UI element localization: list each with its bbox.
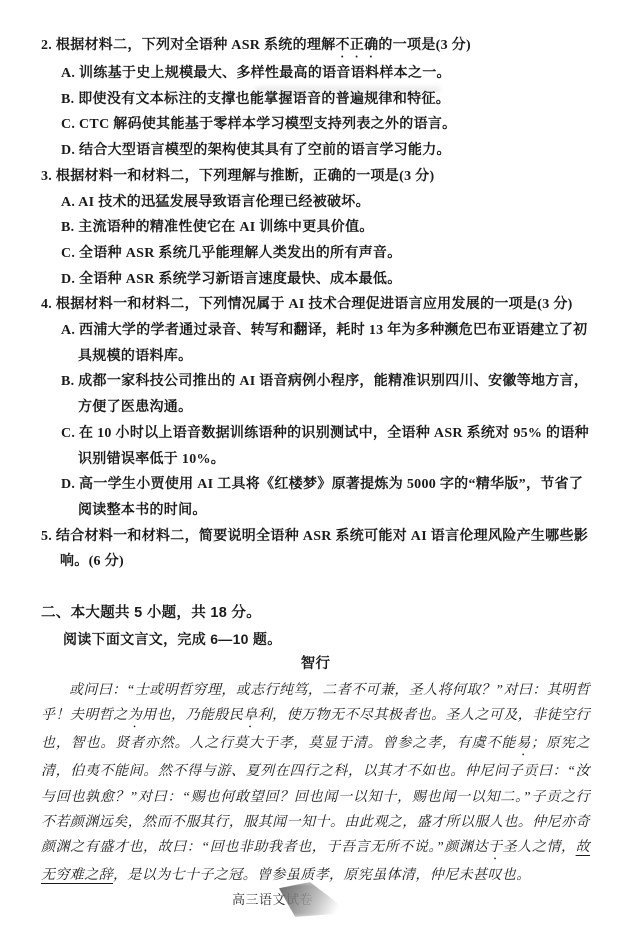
text-run: 结合材料一和材料二，简要说明全语种 ASR 系统可能对 AI 语言伦理风险产生哪… xyxy=(56,529,588,570)
option-C: C. 全语种 ASR 系统几乎能理解人类发出的所有声音。 xyxy=(61,241,590,267)
option-B: B. 主流语种的精准性使它在 AI 训练中更具价值。 xyxy=(61,215,590,241)
option-label: D. xyxy=(61,477,79,492)
emphasized-text: 于 xyxy=(488,840,503,855)
questions-section: 2. 根据材料二，下列对全语种 ASR 系统的理解不正确的一项是(3 分)A. … xyxy=(41,33,590,575)
option-text: 训练基于史上规模最大、多样性最高的语音语料样本之一。 xyxy=(79,66,451,81)
question-stem: 2. 根据材料二，下列对全语种 ASR 系统的理解不正确的一项是(3 分) xyxy=(41,33,590,61)
question-number: 4. xyxy=(41,297,56,312)
question-stem: 4. 根据材料一和材料二，下列情况属于 AI 技术合理促进语言应用发展的一项是(… xyxy=(41,292,590,318)
section-two: 二、本大题共 5 小题，共 18 分。 阅读下面文言文，完成 6—10 题。 智… xyxy=(41,601,590,888)
exam-paper-page: 2. 根据材料二，下列对全语种 ASR 系统的理解不正确的一项是(3 分)A. … xyxy=(0,0,620,935)
text-run: 根据材料二，下列对全语种 ASR 系统的理解 xyxy=(56,38,336,53)
question-5: 5. 结合材料一和材料二，简要说明全语种 ASR 系统可能对 AI 语言伦理风险… xyxy=(41,524,590,575)
section-two-heading: 二、本大题共 5 小题，共 18 分。 xyxy=(41,601,590,627)
option-label: A. xyxy=(61,323,79,338)
text-run: ；原宪之清，伯夷不能间。然不得与游、夏列在四行之科，以其才不如也。仲尼问子贡曰：… xyxy=(41,736,590,855)
question-stem: 5. 结合材料一和材料二，简要说明全语种 ASR 系统可能对 AI 语言伦理风险… xyxy=(41,524,590,575)
option-label: B. xyxy=(61,220,78,235)
option-text: 全语种 ASR 系统几乎能理解人类发出的所有声音。 xyxy=(79,246,402,261)
option-D: D. 结合大型语言模型的架构使其具有了空前的语言学习能力。 xyxy=(61,138,590,164)
text-run: 根据材料一和材料二，下列情况属于 AI 技术合理促进语言应用发展的一项是(3 分… xyxy=(56,297,573,312)
option-D: D. 全语种 ASR 系统学习新语言速度最快、成本最低。 xyxy=(61,267,590,293)
page-content: 2. 根据材料二，下列对全语种 ASR 系统的理解不正确的一项是(3 分)A. … xyxy=(41,33,590,888)
emphasized-text: 不正确 xyxy=(336,38,379,53)
option-C: C. CTC 解码使其能基于零样本学习模型支持列表之外的语言。 xyxy=(61,112,590,138)
question-number: 3. xyxy=(41,169,56,184)
reading-instruction: 阅读下面文言文，完成 6—10 题。 xyxy=(63,627,590,653)
question-2: 2. 根据材料二，下列对全语种 ASR 系统的理解不正确的一项是(3 分)A. … xyxy=(41,33,590,164)
text-run: 圣人之情， xyxy=(503,840,576,855)
option-label: C. xyxy=(61,246,79,261)
option-text: 高一学生小贾使用 AI 工具将《红楼梦》原著提炼为 5000 字的“精华版”，节… xyxy=(78,477,583,518)
option-text: 结合大型语言模型的架构使其具有了空前的语言学习能力。 xyxy=(79,143,451,158)
option-label: B. xyxy=(61,92,78,107)
option-label: D. xyxy=(61,272,79,287)
option-label: B. xyxy=(61,374,78,389)
option-label: C. xyxy=(61,117,79,132)
option-A: A. AI 技术的迅猛发展导致语言伦理已经被破坏。 xyxy=(61,190,590,216)
option-D: D. 高一学生小贾使用 AI 工具将《红楼梦》原著提炼为 5000 字的“精华版… xyxy=(61,472,590,523)
emphasized-text: 易 xyxy=(516,736,531,751)
option-A: A. 西浦大学的学者通过录音、转写和翻译，耗时 13 年为多种濒危巴布亚语建立了… xyxy=(61,318,590,369)
option-label: A. xyxy=(61,66,79,81)
text-run: ，是以为七十子之冠。曾参虽质孝，原宪虽体清，仲尼未甚叹也。 xyxy=(113,868,531,883)
option-text: 主流语种的精准性使它在 AI 训练中更具价值。 xyxy=(78,220,373,235)
option-text: 成都一家科技公司推出的 AI 语音病例小程序，能精准识别四川、安徽等地方言，方便… xyxy=(78,374,588,415)
text-run: 根据材料一和材料二，下列理解与推断，正确的一项是(3 分) xyxy=(56,169,435,184)
passage-title: 智行 xyxy=(41,652,590,678)
option-text: 西浦大学的学者通过录音、转写和翻译，耗时 13 年为多种濒危巴布亚语建立了初具规… xyxy=(78,323,587,364)
option-label: D. xyxy=(61,143,79,158)
option-text: 在 10 小时以上语音数据训练语种的识别测试中，全语种 ASR 系统对 95% … xyxy=(78,426,589,467)
emphasized-text: 阜 xyxy=(243,708,257,723)
option-B: B. 即使没有文本标注的支撑也能掌握语音的普遍规律和特征。 xyxy=(61,87,590,113)
option-text: AI 技术的迅猛发展导致语言伦理已经被破坏。 xyxy=(78,195,370,210)
option-label: A. xyxy=(61,195,78,210)
option-C: C. 在 10 小时以上语音数据训练语种的识别测试中，全语种 ASR 系统对 9… xyxy=(61,421,590,472)
option-text: 即使没有文本标注的支撑也能掌握语音的普遍规律和特征。 xyxy=(78,92,450,107)
option-text: CTC 解码使其能基于零样本学习模型支持列表之外的语言。 xyxy=(79,117,456,132)
question-4: 4. 根据材料一和材料二，下列情况属于 AI 技术合理促进语言应用发展的一项是(… xyxy=(41,292,590,523)
option-A: A. 训练基于史上规模最大、多样性最高的语音语料样本之一。 xyxy=(61,61,590,87)
classical-passage: 或问曰：“士或明哲穷理，或志行纯笃，二者不可兼，圣人将何取？”对曰：其明哲乎！夫… xyxy=(41,678,590,888)
text-run: 用也，乃能殷民 xyxy=(142,708,243,723)
question-3: 3. 根据材料一和材料二，下列理解与推断，正确的一项是(3 分)A. AI 技术… xyxy=(41,164,590,293)
question-number: 2. xyxy=(41,38,56,53)
question-number: 5. xyxy=(41,529,56,544)
emphasized-text: 为 xyxy=(128,708,142,723)
option-text: 全语种 ASR 系统学习新语言速度最快、成本最低。 xyxy=(79,272,402,287)
text-run: 的一项是(3 分) xyxy=(378,38,471,53)
question-stem: 3. 根据材料一和材料二，下列理解与推断，正确的一项是(3 分) xyxy=(41,164,590,190)
option-label: C. xyxy=(61,426,79,441)
option-B: B. 成都一家科技公司推出的 AI 语音病例小程序，能精准识别四川、安徽等地方言… xyxy=(61,369,590,420)
